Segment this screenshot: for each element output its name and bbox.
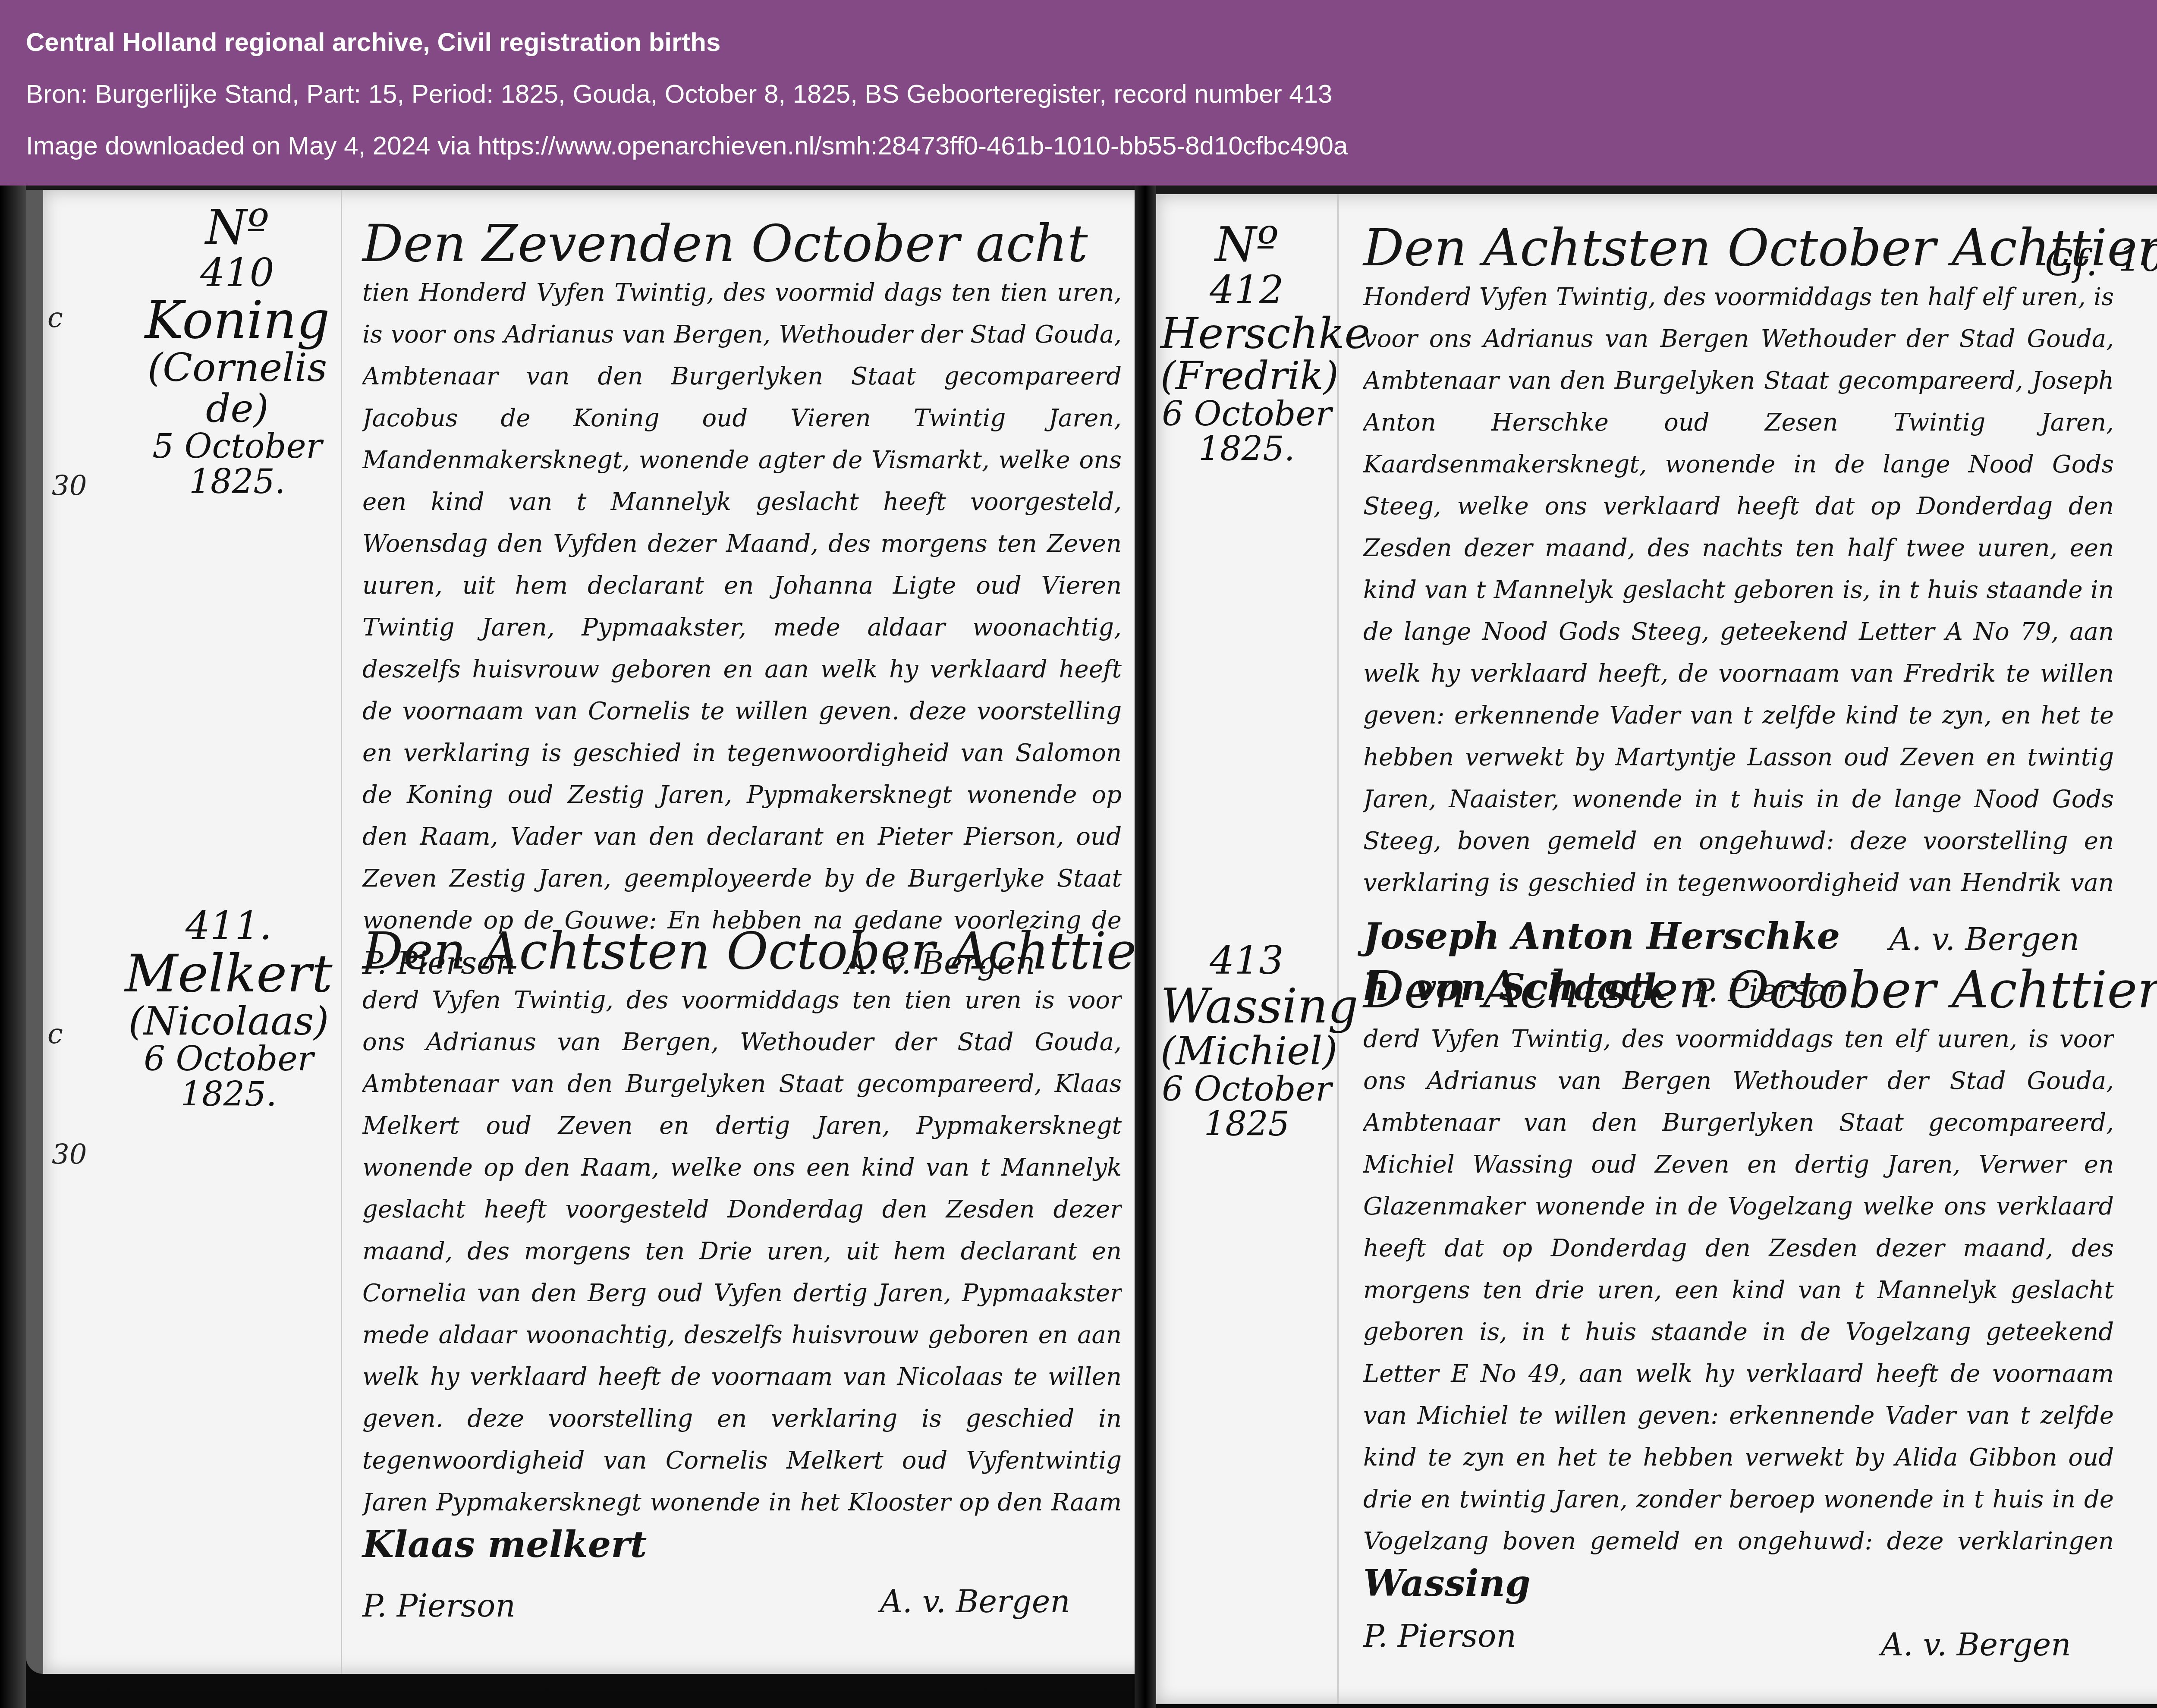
margin-mark: 30 <box>52 470 87 502</box>
left-page: c 30 c 30 Nº 410 Koning (Cornelis de) 5 … <box>26 190 1152 1674</box>
signature: A. v. Bergen <box>880 1583 1070 1620</box>
record-number: 412 <box>1160 270 1333 311</box>
signature: Wassing <box>1363 1562 1531 1604</box>
signature: Joseph Anton Herschke <box>1363 915 1840 957</box>
birth-date: 6 October 1825. <box>108 1042 349 1113</box>
signature: A. v. Bergen <box>1881 1626 2071 1663</box>
child-given-name: (Michiel) <box>1160 1031 1333 1072</box>
birth-year: 1825 <box>1160 1107 1333 1142</box>
record-margin-413: 413 Wassing (Michiel) 6 October 1825 <box>1160 941 1333 1142</box>
margin-mark: c <box>47 1018 63 1050</box>
record-body-412: Den Achtsten October Achttien Honderd Vy… <box>1363 220 2114 1009</box>
birth-date: 6 October <box>1160 397 1333 432</box>
signature: Klaas melkert <box>362 1523 647 1566</box>
book-gutter <box>1135 186 1156 1708</box>
record-body-413: Den Achtsten October Achttien Hon derd V… <box>1363 962 2114 1674</box>
birth-year: 1825. <box>129 465 345 500</box>
record-opening: Den Achtsten October Achttien <box>1363 220 2114 276</box>
record-text: tien Honderd Vyfen Twintig, des voormid … <box>362 272 1122 936</box>
child-surname: Melkert <box>108 947 349 1001</box>
record-number: 411. <box>108 906 349 947</box>
record-margin-412: Nº 412 Herschke (Fredrik) 6 October 1825… <box>1160 220 1333 467</box>
record-margin-410: Nº 410 Koning (Cornelis de) 5 October 18… <box>129 203 345 500</box>
child-given-name: (Cornelis de) <box>129 348 345 429</box>
margin-rule <box>1337 194 1339 1704</box>
child-given-name: (Nicolaas) <box>108 1001 349 1042</box>
child-given-name: (Fredrik) <box>1160 356 1333 397</box>
record-opening: Den Achtsten October Achttien hon <box>362 923 1122 979</box>
record-text: Honderd Vyfen Twintig, des voormiddags t… <box>1363 276 2114 906</box>
signature: P. Pierson <box>1363 1618 1516 1654</box>
archive-title: Central Holland regional archive, Civil … <box>26 29 720 55</box>
margin-mark: c <box>47 302 63 334</box>
record-number: 413 <box>1160 941 1333 981</box>
signature-block: Wassing P. Pierson A. v. Bergen <box>1363 1562 2114 1674</box>
book-edge-left <box>0 186 26 1708</box>
scanned-register-image: c 30 c 30 Nº 410 Koning (Cornelis de) 5 … <box>0 186 2157 1708</box>
signature: P. Pierson <box>362 1588 516 1624</box>
record-body-410: Den Zevenden October acht tien Honderd V… <box>362 216 1122 981</box>
record-margin-411: 411. Melkert (Nicolaas) 6 October 1825. <box>108 906 349 1113</box>
record-text: derd Vyfen Twintig, des voormiddags ten … <box>362 979 1122 1523</box>
record-number-label: Nº <box>129 203 345 253</box>
birth-date: 5 October <box>129 429 345 465</box>
record-opening: Den Achtsten October Achttien Hon <box>1363 962 2114 1018</box>
record-text: derd Vyfen Twintig, des voormiddags ten … <box>1363 1018 2114 1562</box>
signature-row: Joseph Anton Herschke A. v. Bergen <box>1363 915 2114 957</box>
source-citation: Bron: Burgerlijke Stand, Part: 15, Perio… <box>26 81 1332 107</box>
margin-mark: 30 <box>52 1139 87 1171</box>
record-number: 410 <box>129 253 345 294</box>
signature: A. v. Bergen <box>1889 921 2079 957</box>
signature-block: Klaas melkert P. Pierson A. v. Bergen <box>362 1523 1122 1652</box>
record-opening: Den Zevenden October acht <box>362 216 1122 272</box>
child-surname: Herschke <box>1160 311 1333 356</box>
record-number-label: Nº <box>1160 220 1333 270</box>
right-page: Gf. 106 Nº 412 Herschke (Fredrik) 6 Octo… <box>1156 194 2157 1704</box>
birth-date: 6 October <box>1160 1072 1333 1107</box>
child-surname: Koning <box>129 293 345 348</box>
download-notice: Image downloaded on May 4, 2024 via http… <box>26 133 1348 159</box>
source-header: Central Holland regional archive, Civil … <box>0 0 2157 186</box>
child-surname: Wassing <box>1160 981 1333 1032</box>
birth-year: 1825. <box>1160 432 1333 467</box>
record-body-411: Den Achtsten October Achttien hon derd V… <box>362 923 1122 1652</box>
